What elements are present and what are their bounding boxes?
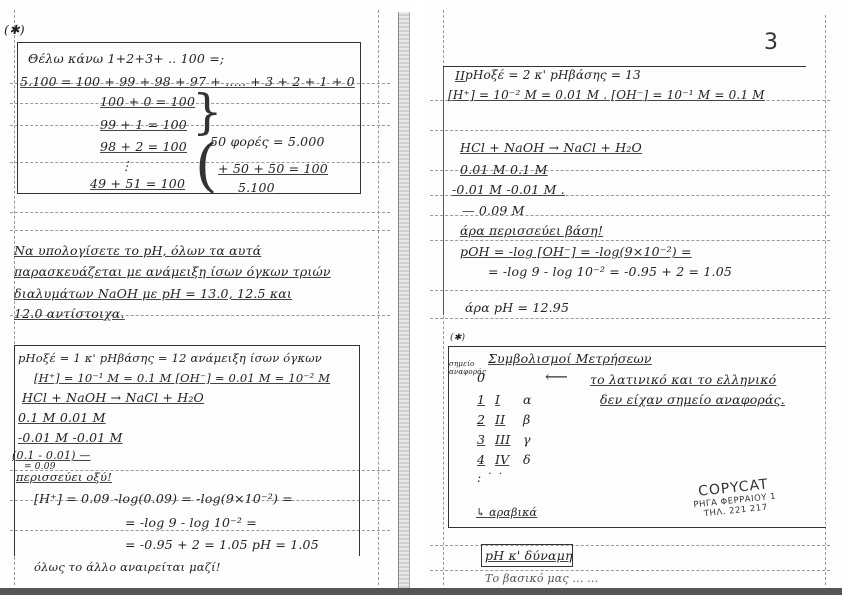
- ruled-line: [430, 318, 830, 319]
- solution-line: -0.01 M -0.01 M .: [452, 182, 565, 197]
- numeral-roman: I: [495, 392, 500, 407]
- star-mark: (✱): [4, 22, 25, 37]
- solution-line: — 0.09 M: [462, 203, 525, 218]
- pair-line: 99 + 1 = 100: [100, 117, 187, 132]
- zero-numeral: 0: [477, 370, 485, 385]
- problem-text: διαλυμάτων NaOH με pH = 13.0, 12.5 και: [14, 286, 292, 301]
- scan-edge: [0, 588, 842, 595]
- solution-line: pHοξέ = 2 κ' pHβάσης = 13: [465, 68, 641, 82]
- arrow-note: το λατινικό και το ελληνικό: [590, 372, 776, 387]
- numerals-footer: ↳ αραβικά: [476, 506, 537, 519]
- solution-line: περισσεύει οξύ!: [16, 470, 112, 484]
- pair-line: 49 + 51 = 100: [90, 176, 185, 191]
- solution-line: pOH = -log [OH⁻] = -log(9×10⁻²) =: [460, 244, 692, 259]
- solution-line: 0.01 M 0.1 M: [460, 162, 548, 177]
- solution-line: (0.1 - 0.01) —: [12, 449, 91, 462]
- numeral-greek: γ: [523, 432, 531, 447]
- numeral-greek: β: [523, 412, 530, 427]
- question-line: Θέλω κάνω 1+2+3+ .. 100 =;: [28, 51, 224, 66]
- solution-line: pHοξέ = 1 κ' pHβάσης = 12 ανάμειξη ίσων …: [18, 351, 322, 365]
- numeral-roman: IV: [495, 452, 509, 467]
- solution-line: άρα περισσεύει βάση!: [460, 223, 603, 238]
- numerals-title: Συμβολισμοί Μετρήσεων: [488, 351, 652, 366]
- reaction-line: HCl + NaOH → NaCl + H₂O: [22, 390, 204, 405]
- numeral-dots: : ˙ ˙: [477, 470, 503, 485]
- problem-text: 12.0 αντίστοιχα.: [14, 306, 125, 321]
- fifty-times-line: 50 φορές = 5.000: [210, 134, 325, 149]
- margin-line: [378, 10, 379, 585]
- solution-result: άρα pH = 12.95: [465, 300, 569, 315]
- numeral-greek: δ: [523, 452, 531, 467]
- problem-text: Να υπολογίσετε το pH, όλων τα αυτά: [14, 243, 261, 258]
- numeral-arabic: 3: [477, 432, 485, 447]
- numeral-greek: α: [523, 392, 532, 407]
- binding-gutter: [398, 12, 410, 592]
- problem-text: παρασκευάζεται με ανάμειξη ίσων όγκων τρ…: [14, 264, 331, 279]
- page-number: 3: [764, 30, 778, 55]
- solution-line: 0.1 M 0.01 M: [18, 410, 106, 425]
- solution-line: = -log 9 - log 10⁻² =: [125, 515, 257, 530]
- numeral-roman: II: [495, 412, 505, 427]
- solution-line: [H⁺] = 10⁻² M = 0.01 M . [OH⁻] = 10⁻¹ M …: [448, 88, 765, 102]
- star-mark: (✱): [450, 333, 465, 343]
- numeral-arabic: 2: [477, 412, 485, 427]
- cut-off-line: Το βασικό μας ... ...: [485, 572, 598, 585]
- ruled-line: [430, 570, 830, 571]
- margin-note: σημείο: [449, 360, 474, 368]
- ruled-line: [10, 212, 390, 213]
- solution-line: [H⁺] = 10⁻¹ M = 0.1 M [OH⁻] = 0.01 M = 1…: [34, 371, 330, 385]
- numeral-roman: III: [495, 432, 510, 447]
- numeral-arabic: 1: [477, 392, 485, 407]
- arrow-left-icon: ⟵: [545, 367, 568, 386]
- solution-line: όλως το άλλο αναιρείται μαζί!: [34, 560, 221, 574]
- fifty-pair-line: + 50 + 50 = 100: [218, 161, 328, 176]
- solution-line: -0.01 M -0.01 M: [18, 430, 123, 445]
- pair-line: 98 + 2 = 100: [100, 139, 187, 154]
- boxed-heading: pH κ' δύναμη: [485, 548, 573, 563]
- pair-line: 100 + 0 = 100: [100, 94, 195, 109]
- solution-line: = -0.95 + 2 = 1.05 pH = 1.05: [125, 537, 319, 552]
- solution-line: [H⁺] = 0.09 -log(0.09) = -log(9×10⁻²) =: [34, 491, 293, 506]
- brace-icon: }: [192, 88, 223, 136]
- numeral-arabic: 4: [477, 452, 485, 467]
- ruled-line: [10, 230, 390, 231]
- solution-line: = -log 9 - log 10⁻² = -0.95 + 2 = 1.05: [488, 264, 732, 279]
- arrow-note: δεν είχαν σημείο αναφοράς.: [600, 392, 785, 407]
- sum-result: 5.100: [238, 180, 275, 195]
- sum-line: 5.100 = 100 + 99 + 98 + 97 + ..... + 3 +…: [20, 74, 355, 89]
- pair-ellipsis: ⋮: [120, 158, 133, 173]
- reaction-line: HCl + NaOH → NaCl + H₂O: [460, 140, 642, 155]
